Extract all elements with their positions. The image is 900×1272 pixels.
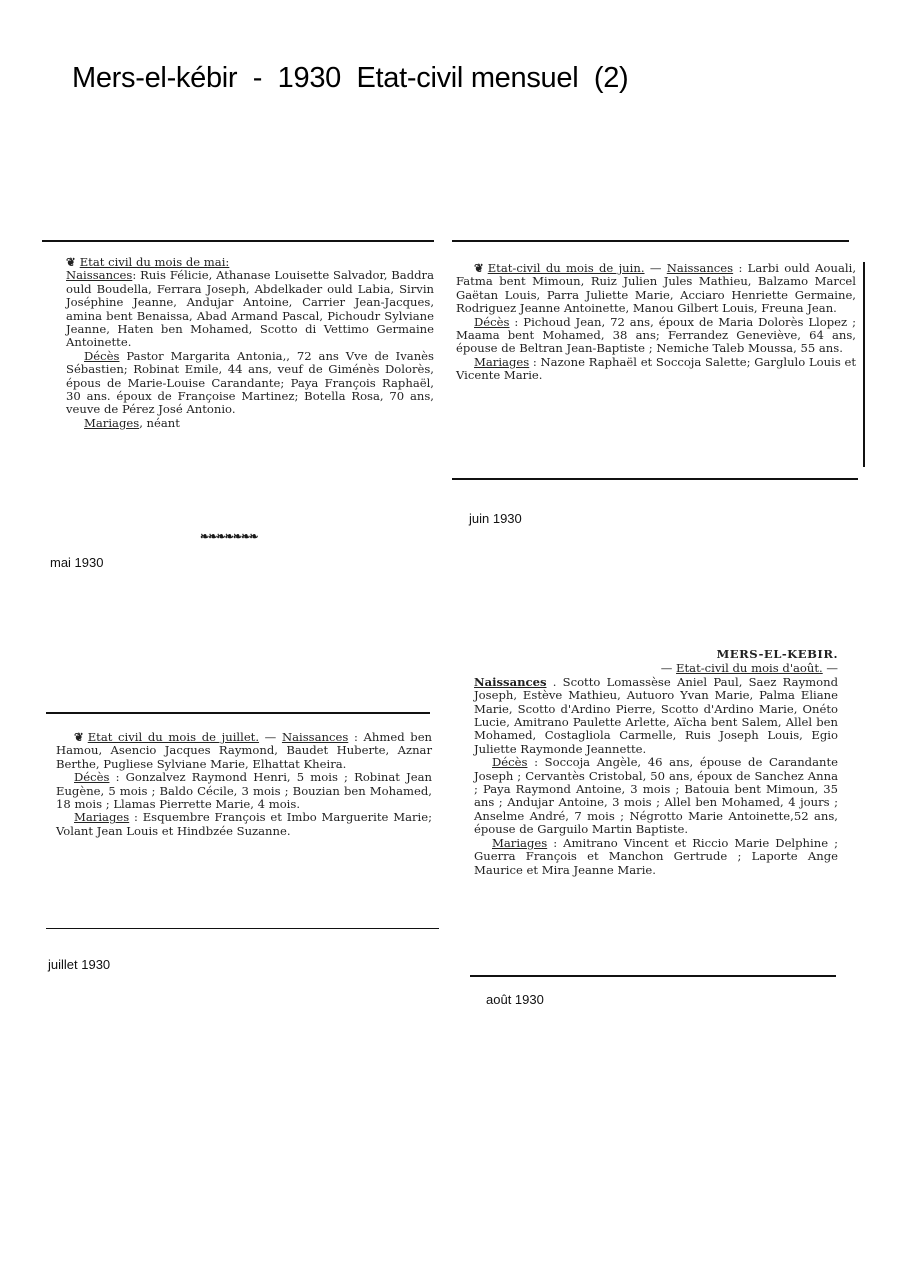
mai-ornament-divider: ❧❧❧❧❧❧❧ xyxy=(200,530,258,543)
ornament-icon: ❦ xyxy=(74,730,84,744)
ornament-icon: ❦ xyxy=(66,255,76,269)
juin-naissances-label: Naissances xyxy=(667,261,733,275)
aout-masthead: MERS-EL-KEBIR. xyxy=(474,648,838,661)
juin-dash: — xyxy=(645,261,667,275)
aout-heading-line: — Etat-civil du mois d'août. — xyxy=(474,662,838,675)
juin-deces-text: : Pichoud Jean, 72 ans, époux de Maria D… xyxy=(456,315,856,356)
mai-mariages-text: , néant xyxy=(139,416,180,430)
divider-juin-bottom xyxy=(452,478,858,480)
aout-naissances: Naissances . Scotto Lomassèse Aniel Paul… xyxy=(474,676,838,756)
aout-deces-text: : Soccoja Angèle, 46 ans, épouse de Cara… xyxy=(474,755,838,836)
aout-heading-prefix: — xyxy=(661,661,676,675)
juillet-deces: Décès : Gonzalvez Raymond Henri, 5 mois … xyxy=(56,771,432,811)
juin-mariages-label: Mariages xyxy=(474,355,529,369)
juin-side-rule xyxy=(863,262,865,467)
mai-mariages-label: Mariages xyxy=(84,416,139,430)
clipping-juin: ❦Etat-civil du mois de juin. — Naissance… xyxy=(456,262,856,383)
mai-naissances-label: Naissances xyxy=(66,268,132,282)
juin-mariages: Mariages : Nazone Raphaël et Soccoja Sal… xyxy=(456,356,856,383)
mai-naissances: Naissances: Ruis Félicie, Athanase Louis… xyxy=(66,269,434,349)
divider-juillet-bottom xyxy=(46,928,439,929)
juin-heading: Etat-civil du mois de juin. xyxy=(488,261,645,275)
juillet-heading-line: ❦Etat civil du mois de juillet. — Naissa… xyxy=(56,731,432,771)
clipping-mai: ❦Etat civil du mois de mai: Naissances: … xyxy=(66,256,434,430)
juin-heading-line: ❦Etat-civil du mois de juin. — Naissance… xyxy=(456,262,856,316)
juillet-heading: Etat civil du mois de juillet. xyxy=(88,730,259,744)
aout-deces: Décès : Soccoja Angèle, 46 ans, épouse d… xyxy=(474,756,838,836)
juillet-mariages: Mariages : Esquembre François et Imbo Ma… xyxy=(56,811,432,838)
aout-caption: août 1930 xyxy=(486,992,544,1007)
aout-mariages: Mariages : Amitrano Vincent et Riccio Ma… xyxy=(474,837,838,877)
juillet-naissances-label: Naissances xyxy=(282,730,348,744)
juin-caption: juin 1930 xyxy=(469,511,522,526)
mai-deces: Décès Pastor Margarita Antonia,, 72 ans … xyxy=(66,350,434,417)
clipping-aout: MERS-EL-KEBIR. — Etat-civil du mois d'ao… xyxy=(474,648,838,877)
page-title: Mers-el-kébir - 1930 Etat-civil mensuel … xyxy=(72,62,628,95)
divider-mai-top xyxy=(42,240,434,242)
mai-deces-label: Décès xyxy=(84,349,119,363)
juillet-caption: juillet 1930 xyxy=(48,957,110,972)
aout-naissances-label: Naissances xyxy=(474,675,546,689)
aout-heading-suffix: — xyxy=(823,661,838,675)
divider-aout-bottom xyxy=(470,975,836,977)
mai-heading-line: ❦Etat civil du mois de mai: xyxy=(66,256,434,269)
aout-deces-label: Décès xyxy=(492,755,527,769)
mai-mariages: Mariages, néant xyxy=(66,417,434,430)
aout-mariages-label: Mariages xyxy=(492,836,547,850)
clipping-juillet: ❦Etat civil du mois de juillet. — Naissa… xyxy=(56,731,432,838)
mai-caption: mai 1930 xyxy=(50,555,103,570)
ornament-icon: ❦ xyxy=(474,261,484,275)
juillet-deces-text: : Gonzalvez Raymond Henri, 5 mois ; Robi… xyxy=(56,770,432,811)
juillet-deces-label: Décès xyxy=(74,770,109,784)
juin-deces-label: Décès xyxy=(474,315,509,329)
aout-heading: Etat-civil du mois d'août. xyxy=(676,661,823,675)
mai-heading: Etat civil du mois de mai: xyxy=(80,255,230,269)
divider-juillet-top xyxy=(46,712,430,714)
divider-juin-top xyxy=(452,240,849,242)
juillet-dash: — xyxy=(259,730,282,744)
juin-deces: Décès : Pichoud Jean, 72 ans, époux de M… xyxy=(456,316,856,356)
juillet-mariages-label: Mariages xyxy=(74,810,129,824)
mai-deces-text: Pastor Margarita Antonia,, 72 ans Vve de… xyxy=(66,349,434,417)
